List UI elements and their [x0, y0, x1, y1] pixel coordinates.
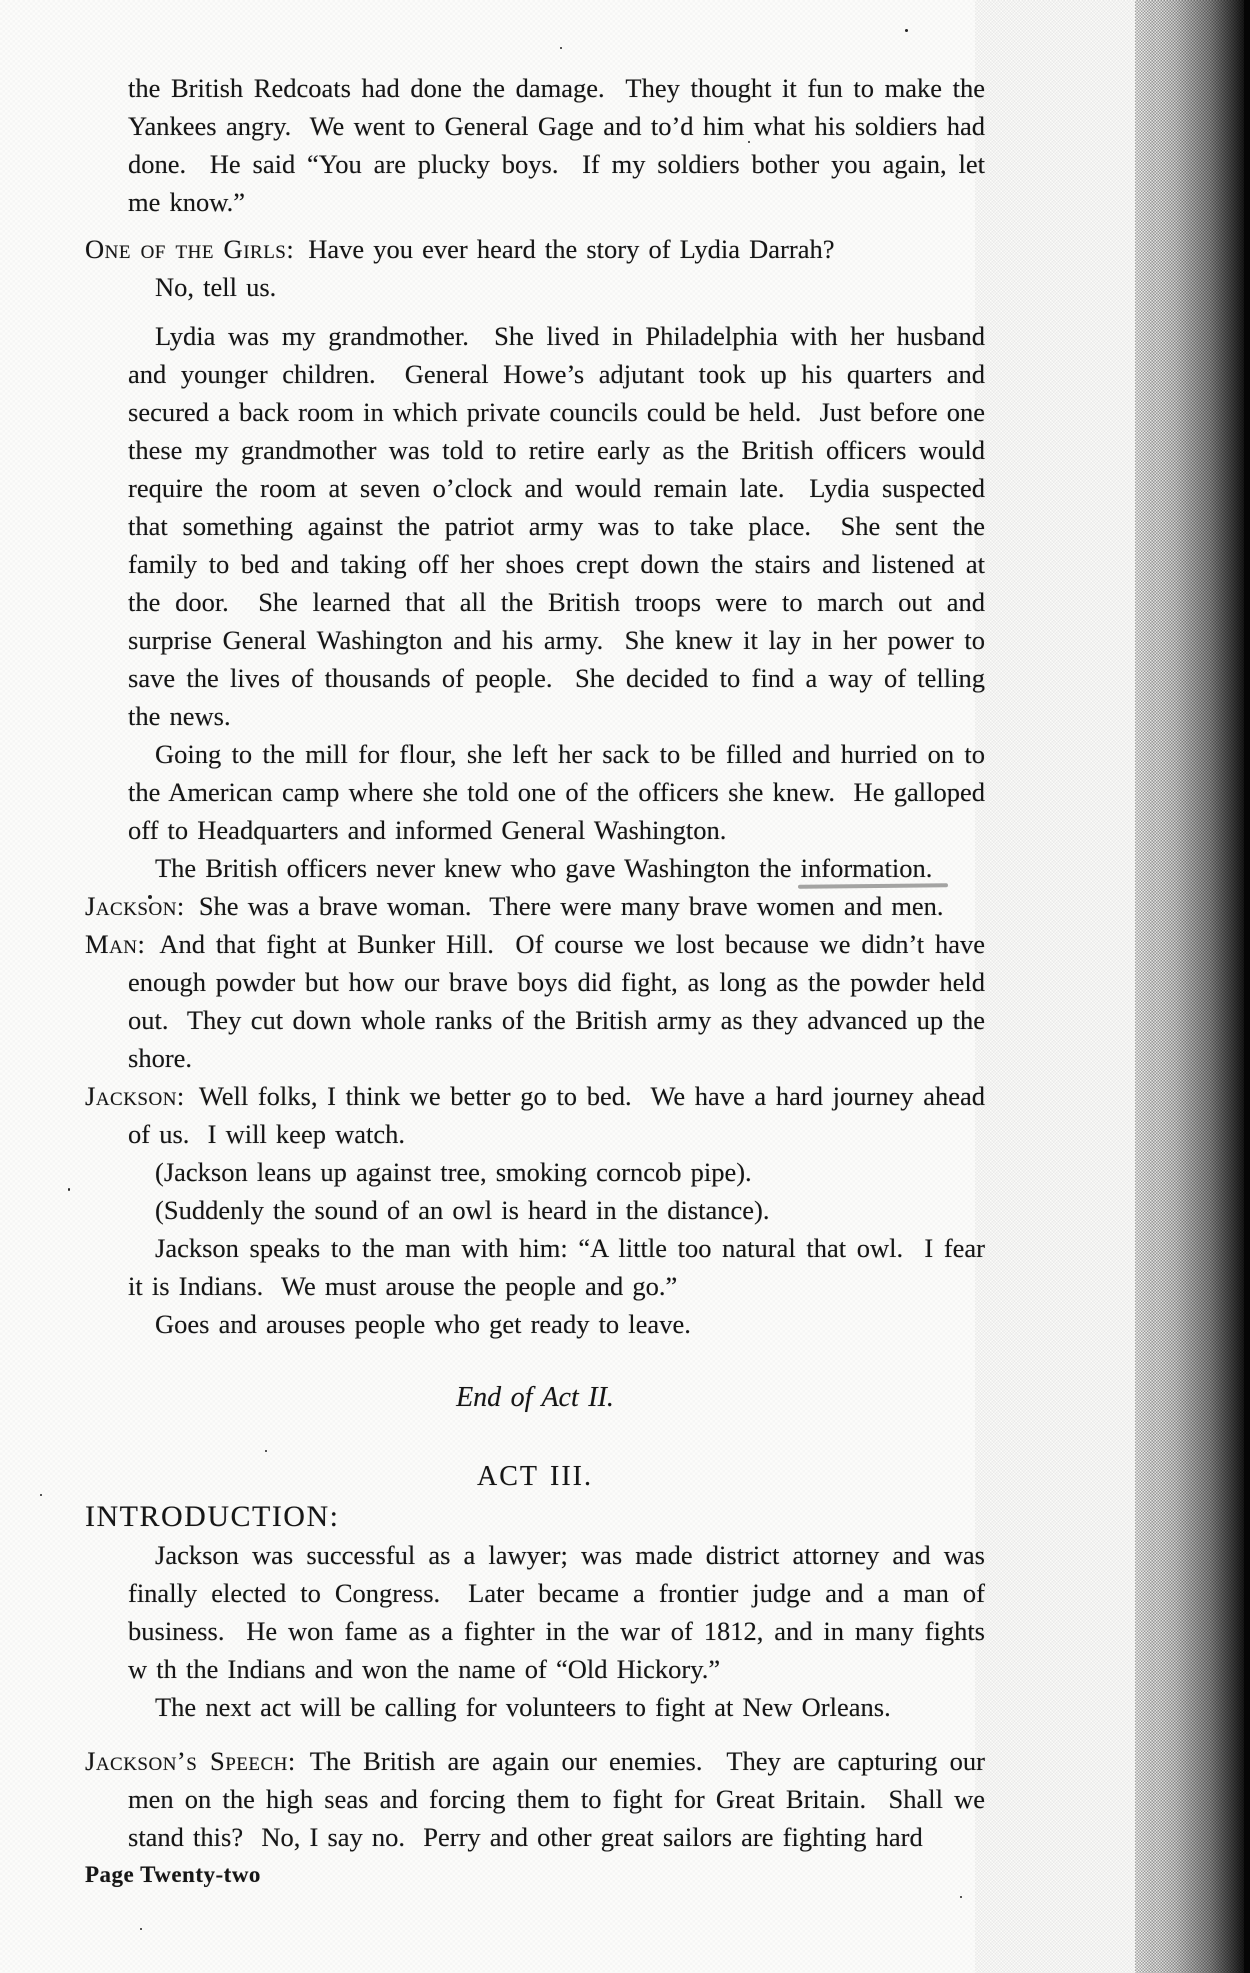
dialogue-text: She was a brave woman. There were many b… — [199, 891, 944, 921]
dialogue-text: Have you ever heard the story of Lydia D… — [308, 234, 834, 264]
scanned-book-page: the British Redcoats had done the damage… — [0, 0, 1250, 1973]
paragraph: The next act will be calling for volunte… — [128, 1688, 985, 1726]
act-heading: ACT III. — [85, 1458, 985, 1496]
stage-direction: Jackson speaks to the man with him: “A l… — [128, 1229, 985, 1305]
scan-artifact-dot — [68, 1188, 70, 1191]
scan-dark-edge — [1135, 0, 1250, 1973]
dialogue-line: Jackson:Well folks, I think we better go… — [85, 1077, 985, 1153]
scan-artifact-dot — [905, 29, 908, 32]
section-heading: INTRODUCTION: — [85, 1498, 985, 1536]
page-footer: Page Twenty-two — [85, 1862, 261, 1888]
dialogue-text: And that fight at Bunker Hill. Of course… — [128, 929, 994, 1073]
paragraph: The British officers never knew who gave… — [128, 849, 985, 887]
dialogue-reply: No, tell us. — [128, 268, 985, 306]
stage-direction: Goes and arouses people who get ready to… — [128, 1305, 985, 1343]
dialogue-line: Jackson:She was a brave woman. There wer… — [85, 887, 985, 925]
dialogue-line: Man:And that fight at Bunker Hill. Of co… — [85, 925, 985, 1077]
speaker-name: One of the Girls: — [85, 234, 294, 264]
dialogue-line: Jackson’s Speech:The British are again o… — [85, 1742, 985, 1856]
speaker-name: Man: — [85, 929, 145, 959]
paragraph-continuation: the British Redcoats had done the damage… — [128, 69, 985, 221]
dialogue-line: One of the Girls:Have you ever heard the… — [85, 230, 985, 268]
scan-artifact-dot — [40, 1494, 42, 1496]
end-of-act-label: End of Act II. — [85, 1379, 985, 1417]
paragraph: Going to the mill for flour, she left he… — [128, 735, 985, 849]
paragraph: Lydia was my grandmother. She lived in P… — [128, 317, 985, 735]
speaker-name: Jackson: — [85, 1081, 185, 1111]
scan-noise-region — [975, 0, 1155, 1973]
speaker-name: Jackson’s Speech: — [85, 1746, 296, 1776]
dialogue-text: Well folks, I think we better go to bed.… — [128, 1081, 994, 1149]
speaker-name: Jackson: — [85, 891, 185, 921]
scan-artifact-dot — [560, 47, 562, 49]
paragraph: Jackson was successful as a lawyer; was … — [128, 1536, 985, 1688]
scan-edge-line — [1244, 0, 1250, 1973]
scan-artifact-dot — [140, 1928, 142, 1930]
stage-direction: (Jackson leans up against tree, smoking … — [128, 1153, 985, 1191]
scan-artifact-dot — [960, 1896, 962, 1898]
stage-direction: (Suddenly the sound of an owl is heard i… — [128, 1191, 985, 1229]
text-column: the British Redcoats had done the damage… — [85, 69, 985, 1856]
